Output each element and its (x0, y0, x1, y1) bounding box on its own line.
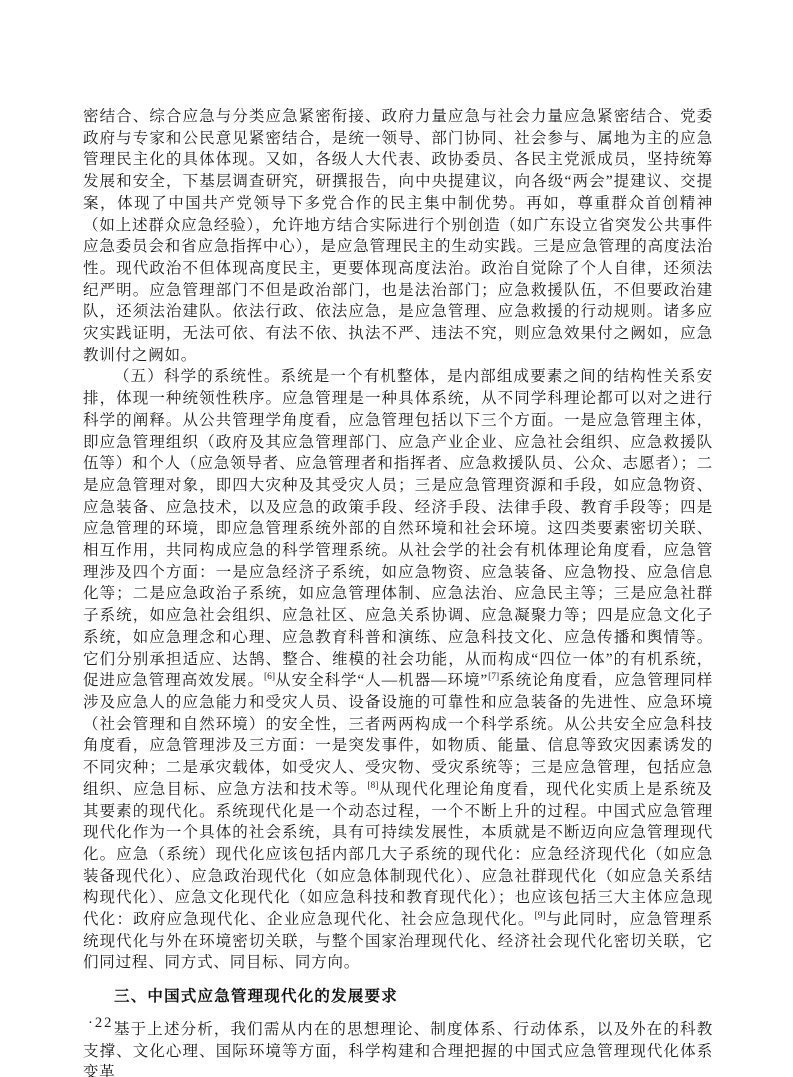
text-run: 基于上述分析，我们需从内在的思想理论、制度体系、行动体系，以及外在的科教支撑、文… (83, 1021, 713, 1077)
footnote-reference: [8] (367, 781, 378, 791)
text-run: （五）科学的系统性。系统是一个有机整体，是内部组成要素之间的结构性关系安排，体现… (83, 368, 713, 689)
paragraph-development-requirements-intro: 基于上述分析，我们需从内在的思想理论、制度体系、行动体系，以及外在的科教支撑、文… (83, 1019, 713, 1077)
section-heading-three: 三、中国式应急管理现代化的发展要求 (83, 986, 713, 1008)
text-run: 密结合、综合应急与分类应急紧密衔接、政府力量应急与社会力量应急紧密结合、党委政府… (83, 108, 713, 364)
text-run: 从安全科学“人—机器—环境” (275, 672, 488, 689)
text-column: 密结合、综合应急与分类应急紧密衔接、政府力量应急与社会力量应急紧密结合、党委政府… (83, 106, 713, 1077)
text-run: 系统论角度看，应急管理同样涉及应急人的应急能力和受灾人员、设备设施的可靠性和应急… (83, 672, 713, 798)
footnote-reference: [6] (264, 672, 275, 682)
page-number: ·22· (88, 1015, 120, 1032)
footnote-reference: [9] (535, 911, 546, 921)
document-page: 密结合、综合应急与分类应急紧密衔接、政府力量应急与社会力量应急紧密结合、党委政府… (0, 0, 793, 1077)
text-run: 从现代化理论角度看，现代化实质上是系统及其要素的现代化。系统现代化是一个动态过程… (83, 781, 713, 928)
paragraph-five-scientific-systemic: （五）科学的系统性。系统是一个有机整体，是内部组成要素之间的结构性关系安排，体现… (83, 366, 713, 974)
footnote-reference: [7] (488, 672, 499, 682)
paragraph-continuation-democracy-rule-of-law: 密结合、综合应急与分类应急紧密衔接、政府力量应急与社会力量应急紧密结合、党委政府… (83, 106, 713, 366)
